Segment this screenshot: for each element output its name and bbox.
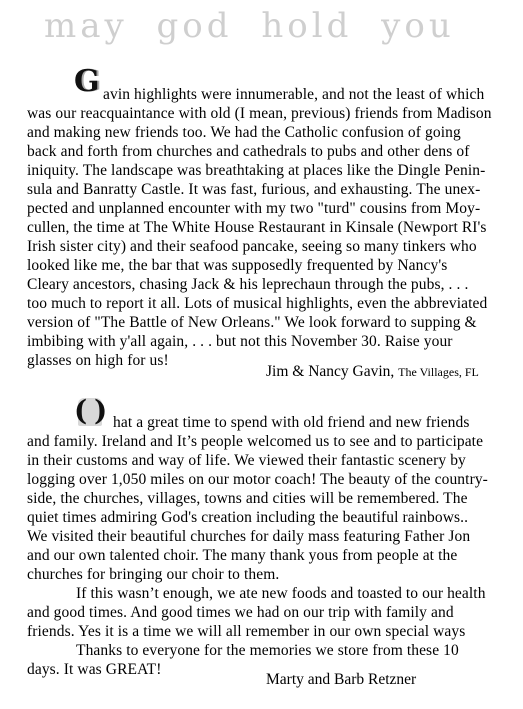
letter2-line: hat a great time to spend with old frien…: [113, 413, 470, 432]
letter2-line: Thanks to everyone for the memories we s…: [76, 641, 459, 660]
letter2-line: We visited their beautiful churches for …: [27, 527, 470, 546]
signature-retzner: Marty and Barb Retzner: [266, 670, 416, 689]
letter2-line: quiet times admiring God's creation incl…: [27, 508, 468, 527]
letter1-line: and making new friends too. We had the C…: [27, 123, 461, 142]
letter1-line: glasses on high for us!: [27, 351, 169, 370]
letter1-line: Irish sister city) and their seafood pan…: [27, 237, 477, 256]
letter2-line: If this wasn’t enough, we ate new foods …: [76, 584, 486, 603]
letter1-line: avin highlights were innumerable, and no…: [103, 85, 484, 104]
banner: may God hold you: [0, 0, 523, 52]
letter2-line: side, the churches, villages, towns and …: [27, 489, 468, 508]
dropcap-w-glyph: ( ): [74, 398, 108, 428]
letter1-line: Cleary ancestors, chasing Jack & his lep…: [27, 275, 468, 294]
letter1-line: too much to report it all. Lots of music…: [27, 294, 487, 313]
letter1-line: was our reacquaintance with old (I mean,…: [27, 104, 492, 123]
dropcap-w: ( ): [74, 398, 108, 434]
letter2-line: churches for bringing our choir to them.: [27, 565, 279, 584]
signature-location: The Villages, FL: [398, 365, 479, 379]
letter2-line: in their customs and way of life. We vie…: [27, 451, 466, 470]
letter1-line: looked like me, the bar that was suppose…: [27, 256, 447, 275]
letter1-line: pected and unplanned encounter with my t…: [27, 199, 480, 218]
signature-names: Marty and Barb Retzner: [266, 671, 416, 688]
letter2-line: logging over 1,050 miles on our motor co…: [27, 470, 488, 489]
letter1-line: version of "The Battle of New Orleans." …: [27, 313, 477, 332]
letter1-line: imbibing with y'all again, . . . but not…: [27, 332, 453, 351]
letter2-line: and our own talented choir. The many tha…: [27, 546, 457, 565]
letter1-line: back and forth from churches and cathedr…: [27, 142, 469, 161]
signature-gavin: Jim & Nancy Gavin, The Villages, FL: [266, 362, 479, 382]
letter2-line: and family. Ireland and It’s people welc…: [27, 432, 483, 451]
letter2-line: and good times. And good times we had on…: [27, 603, 454, 622]
letter1-line: iniquity. The landscape was breathtaking…: [27, 161, 485, 180]
letter2-line: days. It was GREAT!: [27, 660, 162, 679]
letter1-line: cullen, the time at The White House Rest…: [27, 218, 487, 237]
letter1-line: sula and Banratty Castle. It was fast, f…: [27, 180, 480, 199]
banner-title: may God hold you: [44, 6, 455, 46]
letter2-line: friends. Yes it is a time we will all re…: [27, 622, 465, 641]
dropcap-g: G: [74, 67, 100, 97]
signature-names: Jim & Nancy Gavin,: [266, 363, 394, 380]
